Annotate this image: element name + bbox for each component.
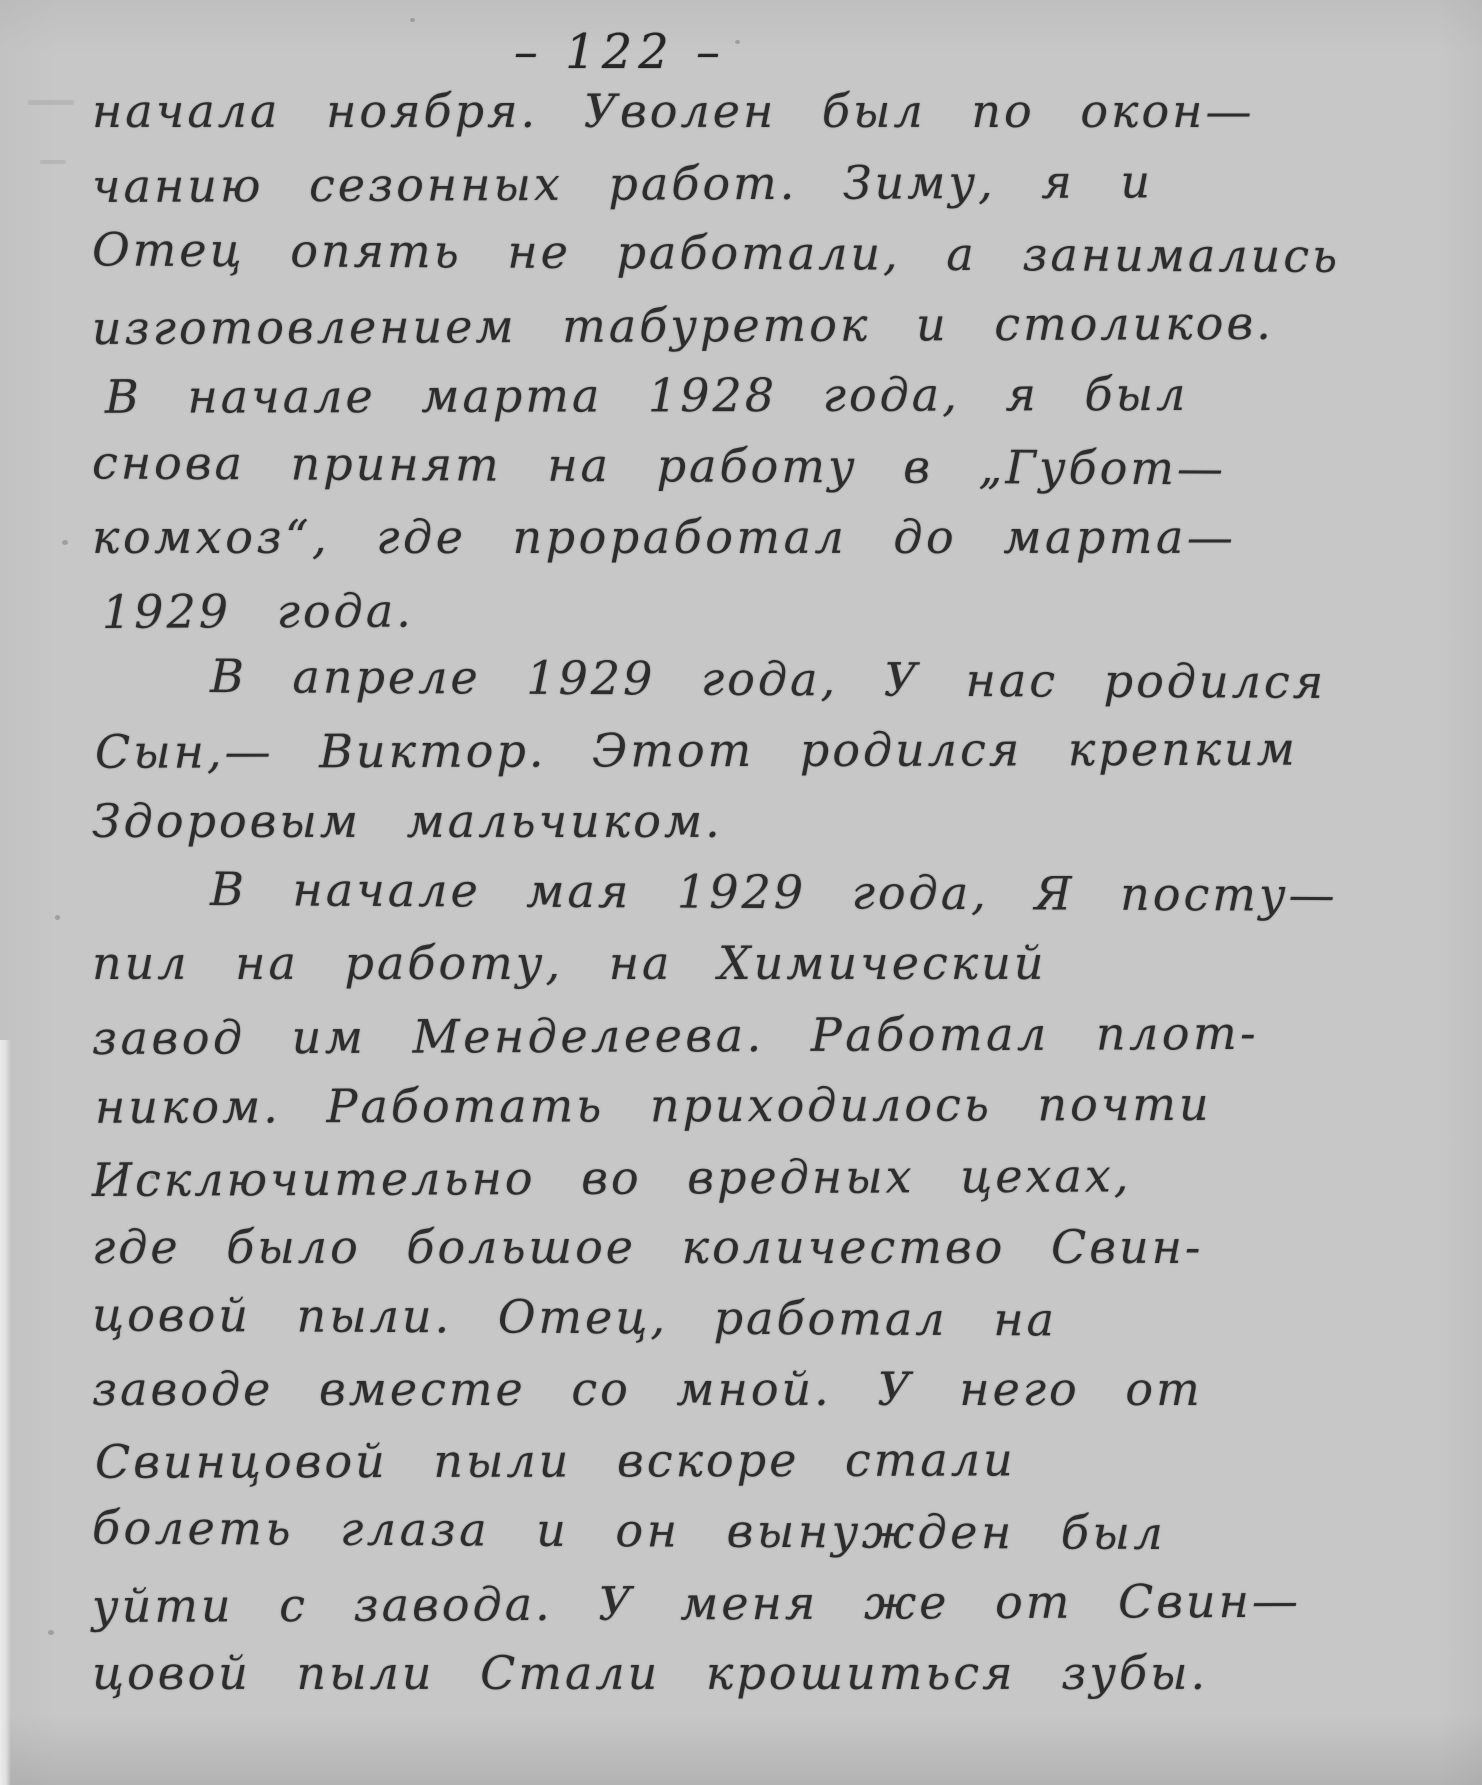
page-number: – 122 – — [400, 24, 840, 80]
manuscript-line: снова принят на работу в „Губот— — [92, 435, 1460, 513]
manuscript-line: цовой пыли. Отец, работал на — [92, 1287, 1460, 1365]
manuscript-line: Свинцовой пыли вскоре стали — [95, 1431, 1463, 1506]
manuscript-line: В апреле 1929 года, У нас родился — [92, 648, 1460, 726]
scan-speckle — [48, 1630, 54, 1635]
manuscript-line: где было большое количество Свин- — [92, 1220, 1460, 1291]
manuscript-line: цовой пыли Стали крошиться зубы. — [92, 1646, 1460, 1717]
paper-edge-artifact — [0, 1040, 11, 1785]
manuscript-line: Сын,— Виктор. Этот родился крепким — [95, 721, 1463, 796]
manuscript-line: комхоз“, где проработал до марта— — [92, 510, 1460, 581]
manuscript-line: пил на работу, на Химический — [92, 936, 1460, 1007]
manuscript-line: Отец опять не работали, а занимались — [92, 222, 1460, 300]
scan-smudge — [28, 100, 74, 105]
manuscript-text-block: начала ноября. Уволен был по окон— чанию… — [92, 84, 1460, 1717]
manuscript-line: чанию сезонных работ. Зиму, я и — [92, 153, 1460, 230]
manuscript-line: уйти с завода. У меня же от Свин— — [92, 1573, 1460, 1650]
scanned-page: – 122 – начала ноября. Уволен был по око… — [0, 0, 1482, 1785]
manuscript-line: заводе вместе со мной. У него от — [92, 1362, 1460, 1433]
manuscript-line: Исключительно во вредных цехах, — [92, 1147, 1460, 1224]
manuscript-line: болеть глаза и он вынужден был — [92, 1500, 1460, 1578]
scan-speckle — [55, 915, 60, 920]
manuscript-line: ником. Работать приходилось почти — [95, 1076, 1463, 1151]
manuscript-line: В начале мая 1929 года, Я посту— — [92, 861, 1460, 939]
manuscript-line: изготовлением табуреток и столиков. — [92, 295, 1460, 372]
manuscript-line: завод им Менделеева. Работал плот- — [92, 1005, 1460, 1082]
manuscript-line: В начале марта 1928 года, я был — [95, 366, 1463, 441]
scan-speckle — [410, 18, 415, 22]
scan-speckle — [62, 540, 68, 545]
manuscript-line: начала ноября. Уволен был по окон— — [92, 84, 1460, 155]
scan-smudge — [40, 160, 66, 164]
manuscript-line: 1929 года. — [92, 579, 1460, 656]
manuscript-line: Здоровым мальчиком. — [92, 794, 1460, 865]
